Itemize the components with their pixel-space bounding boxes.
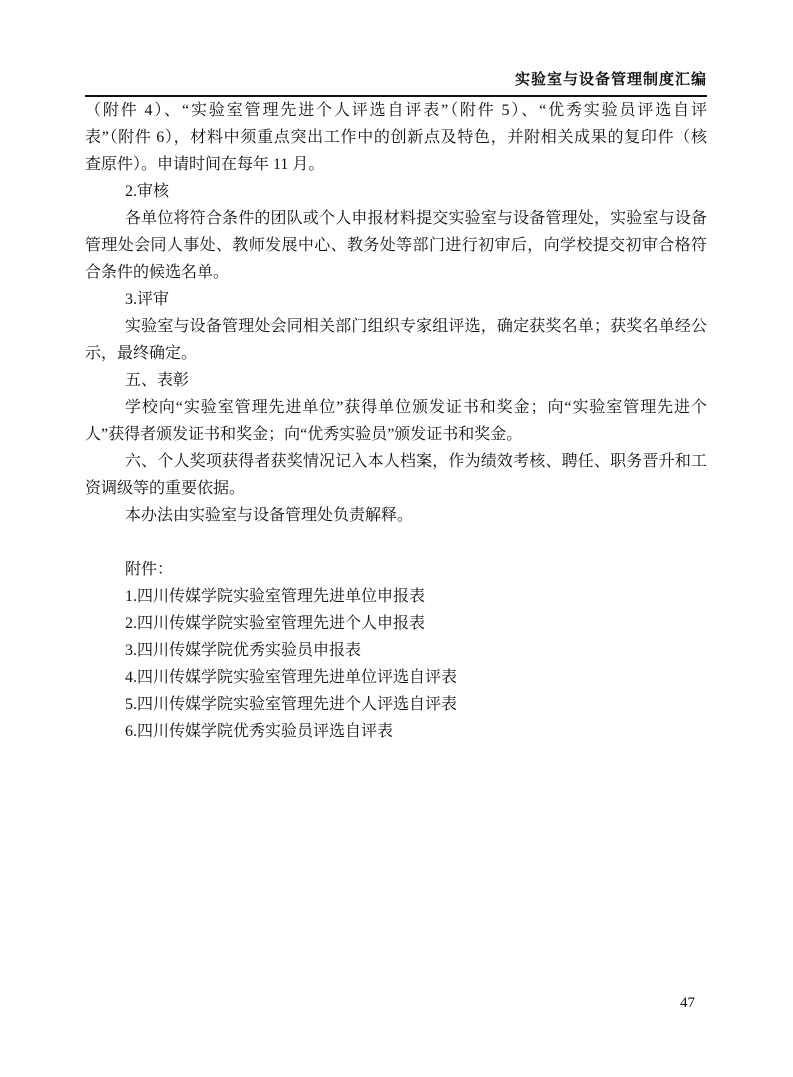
text-line: （附件 4）、“实验室管理先进个人评选自评表”（附件 5）、“优秀实验员评选自评: [85, 97, 707, 124]
page-header: 实验室与设备管理制度汇编: [85, 68, 707, 89]
text-line: 资调级等的重要依据。: [85, 475, 707, 502]
text-line: 六、个人奖项获得者获奖情况记入本人档案，作为绩效考核、聘任、职务晋升和工: [85, 448, 707, 475]
text-line: 6.四川传媒学院优秀实验员评选自评表: [85, 718, 707, 745]
document-page: 实验室与设备管理制度汇编 （附件 4）、“实验室管理先进个人评选自评表”（附件 …: [0, 0, 793, 1077]
text-line: 3.评审: [85, 286, 707, 313]
text-line: 示，最终确定。: [85, 340, 707, 367]
text-line: 各单位将符合条件的团队或个人申报材料提交实验室与设备管理处，实验室与设备: [85, 205, 707, 232]
text-line: 附件：: [85, 556, 707, 583]
text-line: 2.审核: [85, 178, 707, 205]
text-line: 人”获得者颁发证书和奖金；向“优秀实验员”颁发证书和奖金。: [85, 421, 707, 448]
text-line: 1.四川传媒学院实验室管理先进单位申报表: [85, 583, 707, 610]
page-number: 47: [680, 993, 695, 1013]
text-line: 2.四川传媒学院实验室管理先进个人申报表: [85, 610, 707, 637]
header-title: 实验室与设备管理制度汇编: [515, 72, 707, 88]
document-body: （附件 4）、“实验室管理先进个人评选自评表”（附件 5）、“优秀实验员评选自评…: [85, 97, 707, 745]
text-line: 五、表彰: [85, 367, 707, 394]
text-line: 3.四川传媒学院优秀实验员申报表: [85, 637, 707, 664]
text-line: 合条件的候选名单。: [85, 259, 707, 286]
blank-line: [85, 529, 707, 556]
text-line: 实验室与设备管理处会同相关部门组织专家组评选，确定获奖名单；获奖名单经公: [85, 313, 707, 340]
text-line: 5.四川传媒学院实验室管理先进个人评选自评表: [85, 691, 707, 718]
text-line: 学校向“实验室管理先进单位”获得单位颁发证书和奖金；向“实验室管理先进个: [85, 394, 707, 421]
text-line: 4.四川传媒学院实验室管理先进单位评选自评表: [85, 664, 707, 691]
page-footer: 47: [85, 993, 707, 1013]
text-line: 本办法由实验室与设备管理处负责解释。: [85, 502, 707, 529]
text-line: 表”（附件 6），材料中须重点突出工作中的创新点及特色，并附相关成果的复印件（核: [85, 124, 707, 151]
text-line: 管理处会同人事处、教师发展中心、教务处等部门进行初审后，向学校提交初审合格符: [85, 232, 707, 259]
text-line: 查原件）。申请时间在每年 11 月。: [85, 151, 707, 178]
